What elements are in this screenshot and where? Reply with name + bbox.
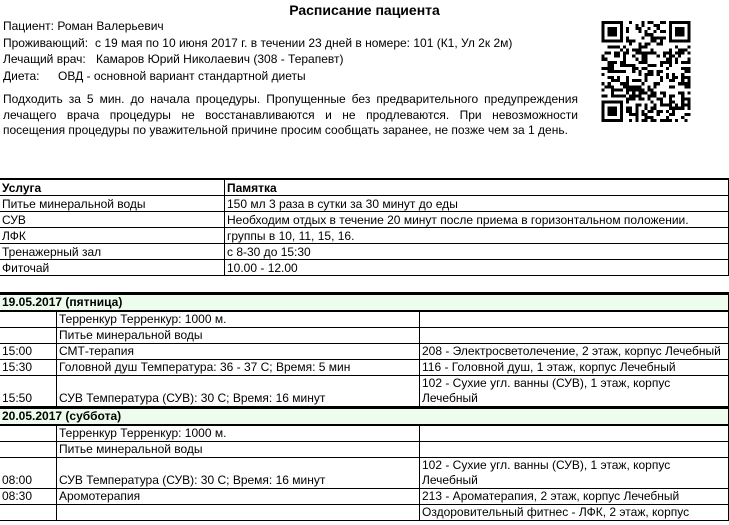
service-memo: группы в 10, 11, 15, 16. [225, 228, 729, 244]
schedule-date: 20.05.2017 (суббота) [0, 408, 729, 426]
schedule-room [420, 311, 729, 328]
service-row: Питье минеральной воды150 мл 3 раза в су… [0, 196, 729, 212]
schedule-service: Питье минеральной воды [57, 442, 420, 458]
schedule-row: 15:50СУВ Температура (СУВ): 30 С; Время:… [0, 376, 729, 408]
schedule-row: Питье минеральной воды [0, 328, 729, 344]
service-row: Тренажерный залс 8-30 до 15:30 [0, 244, 729, 260]
schedule-time [0, 442, 57, 458]
stay-line: Проживающий:с 19 мая по 10 июня 2017 г. … [3, 35, 512, 52]
schedule-row: Оздоровительный фитнес - ЛФК, 2 этаж, ко… [0, 505, 729, 521]
schedule-time [0, 425, 57, 442]
service-name: ЛФК [0, 228, 225, 244]
stay-label: Проживающий: [3, 35, 95, 51]
schedule-room [420, 425, 729, 442]
schedule-row: 15:00СМТ-терапия208 - Электросветолечени… [0, 344, 729, 360]
header-service: Услуга [0, 179, 225, 196]
service-memo: 150 мл 3 раза в сутки за 30 минут до еды [225, 196, 729, 212]
schedule-service: Терренкур Терренкур: 1000 м. [57, 425, 420, 442]
schedule-time: 15:00 [0, 344, 57, 360]
schedule-room: 213 - Ароматерапия, 2 этаж, корпус Лечеб… [420, 489, 729, 505]
notice-paragraph: Подходить за 5 мин. до начала процедуры.… [3, 92, 578, 139]
schedule-table: 19.05.2017 (пятница)Терренкур Терренкур:… [0, 292, 729, 521]
schedule-room: 102 - Сухие угл. ванны (СУВ), 1 этаж, ко… [420, 458, 729, 489]
service-name: Тренажерный зал [0, 244, 225, 260]
diet-label: Диета: [3, 68, 58, 84]
schedule-service: СУВ Температура (СУВ): 30 С; Время: 16 м… [57, 376, 420, 408]
schedule-service: Головной душ Температура: 36 - 37 С; Вре… [57, 360, 420, 376]
schedule-service: СУВ Температура (СУВ): 30 С; Время: 16 м… [57, 458, 420, 489]
diet-value: ОВД - основной вариант стандартной диеты [58, 68, 306, 84]
header-memo: Памятка [225, 179, 729, 196]
schedule-service: Терренкур Терренкур: 1000 м. [57, 311, 420, 328]
service-row: ЛФКгруппы в 10, 11, 15, 16. [0, 228, 729, 244]
service-memo: Необходим отдых в течение 20 минут после… [225, 212, 729, 228]
service-name: Фиточай [0, 260, 225, 276]
schedule-row: Питье минеральной воды [0, 442, 729, 458]
schedule-date: 19.05.2017 (пятница) [0, 294, 729, 312]
schedule-service: СМТ-терапия [57, 344, 420, 360]
schedule-room [420, 442, 729, 458]
schedule-time: 08:30 [0, 489, 57, 505]
patient-label: Пациент: [3, 18, 54, 34]
diet-line: Диета:ОВД - основной вариант стандартной… [3, 68, 512, 85]
doctor-line: Лечащий врач:Камаров Юрий Николаевич (30… [3, 51, 512, 68]
patient-info: Пациент: Роман Валерьевич Проживающий:с … [3, 18, 512, 84]
service-name: СУВ [0, 212, 225, 228]
schedule-row: 15:30Головной душ Температура: 36 - 37 С… [0, 360, 729, 376]
schedule-service: Питье минеральной воды [57, 328, 420, 344]
service-row: СУВНеобходим отдых в течение 20 минут по… [0, 212, 729, 228]
schedule-time: 15:50 [0, 376, 57, 408]
date-row: 19.05.2017 (пятница) [0, 294, 729, 312]
schedule-room: Оздоровительный фитнес - ЛФК, 2 этаж, ко… [420, 505, 729, 521]
schedule-room: 116 - Головной душ, 1 этаж, корпус Лечеб… [420, 360, 729, 376]
service-memo: 10.00 - 12.00 [225, 260, 729, 276]
service-memo: с 8-30 до 15:30 [225, 244, 729, 260]
schedule-time: 15:30 [0, 360, 57, 376]
schedule-time: 08:00 [0, 458, 57, 489]
schedule-row: Терренкур Терренкур: 1000 м. [0, 311, 729, 328]
schedule-time [0, 505, 57, 521]
services-header-row: УслугаПамятка [0, 179, 729, 196]
schedule-row: Терренкур Терренкур: 1000 м. [0, 425, 729, 442]
stay-value: с 19 мая по 10 июня 2017 г. в течении 23… [95, 35, 512, 51]
doctor-value: Камаров Юрий Николаевич (308 - Терапевт) [96, 51, 344, 67]
schedule-room: 102 - Сухие угл. ванны (СУВ), 1 этаж, ко… [420, 376, 729, 408]
patient-line: Пациент: Роман Валерьевич [3, 18, 512, 35]
schedule-row: 08:30Аромотерапия213 - Ароматерапия, 2 э… [0, 489, 729, 505]
qr-code-icon [601, 21, 691, 122]
schedule-service: Аромотерапия [57, 489, 420, 505]
patient-name: Роман Валерьевич [57, 18, 163, 34]
schedule-service [57, 505, 420, 521]
schedule-room: 208 - Электросветолечение, 2 этаж, корпу… [420, 344, 729, 360]
date-row: 20.05.2017 (суббота) [0, 408, 729, 426]
service-row: Фиточай10.00 - 12.00 [0, 260, 729, 276]
schedule-row: 08:00СУВ Температура (СУВ): 30 С; Время:… [0, 458, 729, 489]
doctor-label: Лечащий врач: [3, 51, 96, 67]
service-name: Питье минеральной воды [0, 196, 225, 212]
schedule-time [0, 328, 57, 344]
schedule-time [0, 311, 57, 328]
schedule-room [420, 328, 729, 344]
services-table: УслугаПамяткаПитье минеральной воды150 м… [0, 178, 729, 276]
page-title: Расписание пациента [0, 2, 729, 18]
